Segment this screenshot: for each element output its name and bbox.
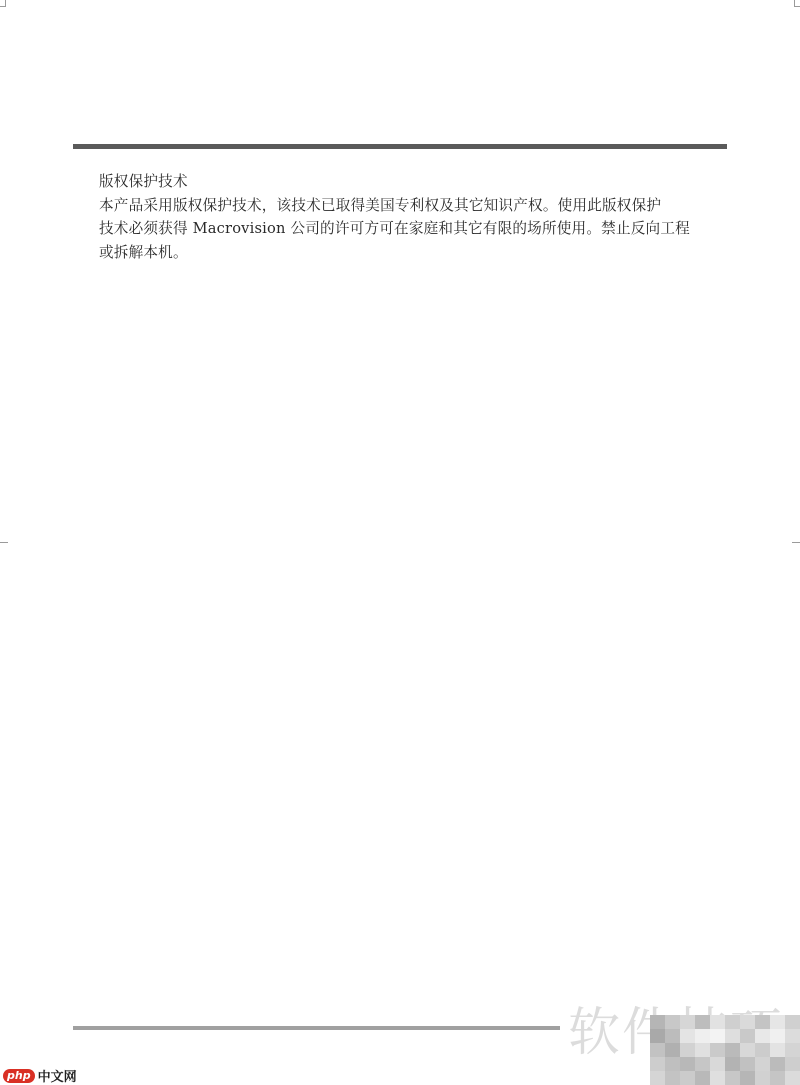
crop-mark-mid-right (792, 542, 800, 543)
paragraph-line-3: 或拆解本机。 (99, 241, 729, 265)
pixelated-watermark-overlay (650, 1015, 800, 1085)
php-site-name: 中文网 (38, 1066, 77, 1085)
document-body: 版权保护技术 本产品采用版权保护技术，该技术已取得美国专利权及其它知识产权。使用… (99, 170, 729, 264)
paragraph-line-1: 本产品采用版权保护技术，该技术已取得美国专利权及其它知识产权。使用此版权保护 (99, 194, 729, 218)
paragraph-line-2: 技术必须获得 Macrovision 公司的许可方可在家庭和其它有限的场所使用。… (99, 217, 729, 241)
footer-rule (73, 1026, 560, 1030)
crop-mark-top-right-h (794, 6, 800, 7)
crop-mark-top-left-h (0, 6, 6, 7)
php-logo-icon: php (3, 1069, 35, 1083)
section-title: 版权保护技术 (99, 170, 729, 194)
header-rule (73, 144, 727, 149)
php-site-logo[interactable]: php 中文网 (3, 1066, 77, 1085)
crop-mark-mid-left (0, 542, 8, 543)
